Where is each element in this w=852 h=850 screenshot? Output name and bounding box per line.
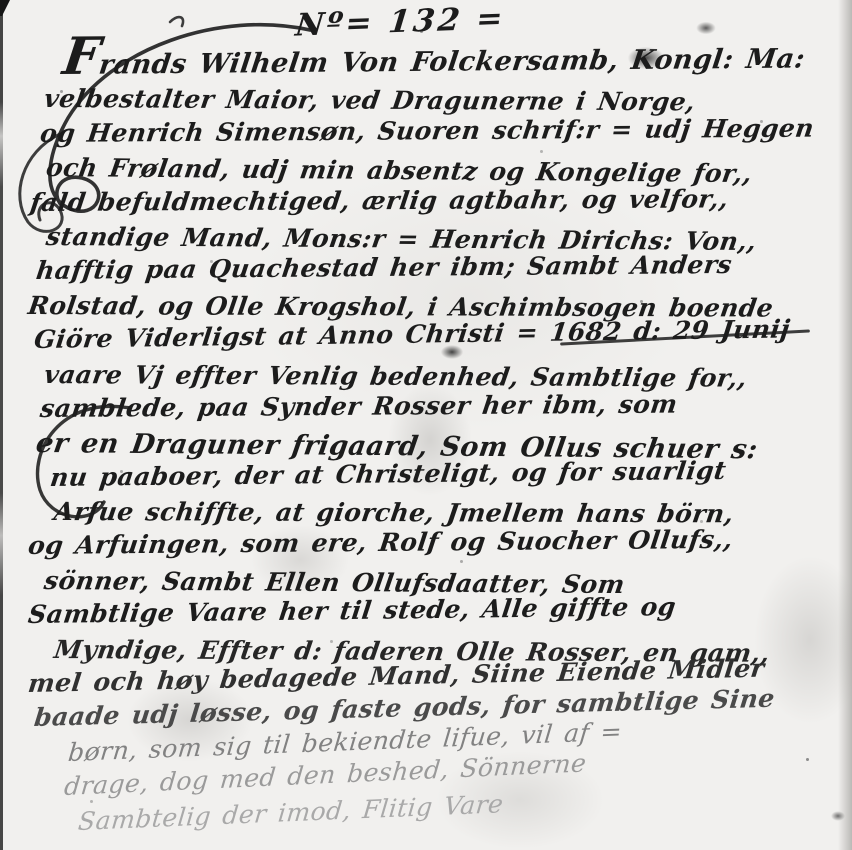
manuscript-line: og Arfuingen, som ere, Rolf og Suocher O… (26, 524, 850, 566)
manuscript-text: Frands Wilhelm Von Folckersamb, Kongl: M… (16, 50, 846, 841)
scan-corner-mark (0, 0, 10, 16)
manuscript-line: og Henrich Simensøn, Suoren schrif:r = u… (38, 113, 849, 153)
scan-edge-right (838, 0, 852, 850)
manuscript-line: Frands Wilhelm Von Folckersamb, Kongl: M… (60, 43, 849, 84)
manuscript-page-scan: Nº= 132 = Frands Wilhelm Von Folckersamb… (0, 0, 852, 850)
page-number: Nº= 132 = (294, 0, 508, 43)
manuscript-line: hafftig paa Quachestad her ibm; Sambt An… (34, 249, 849, 290)
manuscript-line: samblede, paa Synder Rosser her ibm, som (38, 388, 849, 428)
scan-edge-left (0, 0, 3, 850)
manuscript-line: fald befuldmechtiged, ærlig agtbahr, og … (28, 183, 849, 222)
page-number-text: Nº= 132 = (294, 0, 508, 43)
